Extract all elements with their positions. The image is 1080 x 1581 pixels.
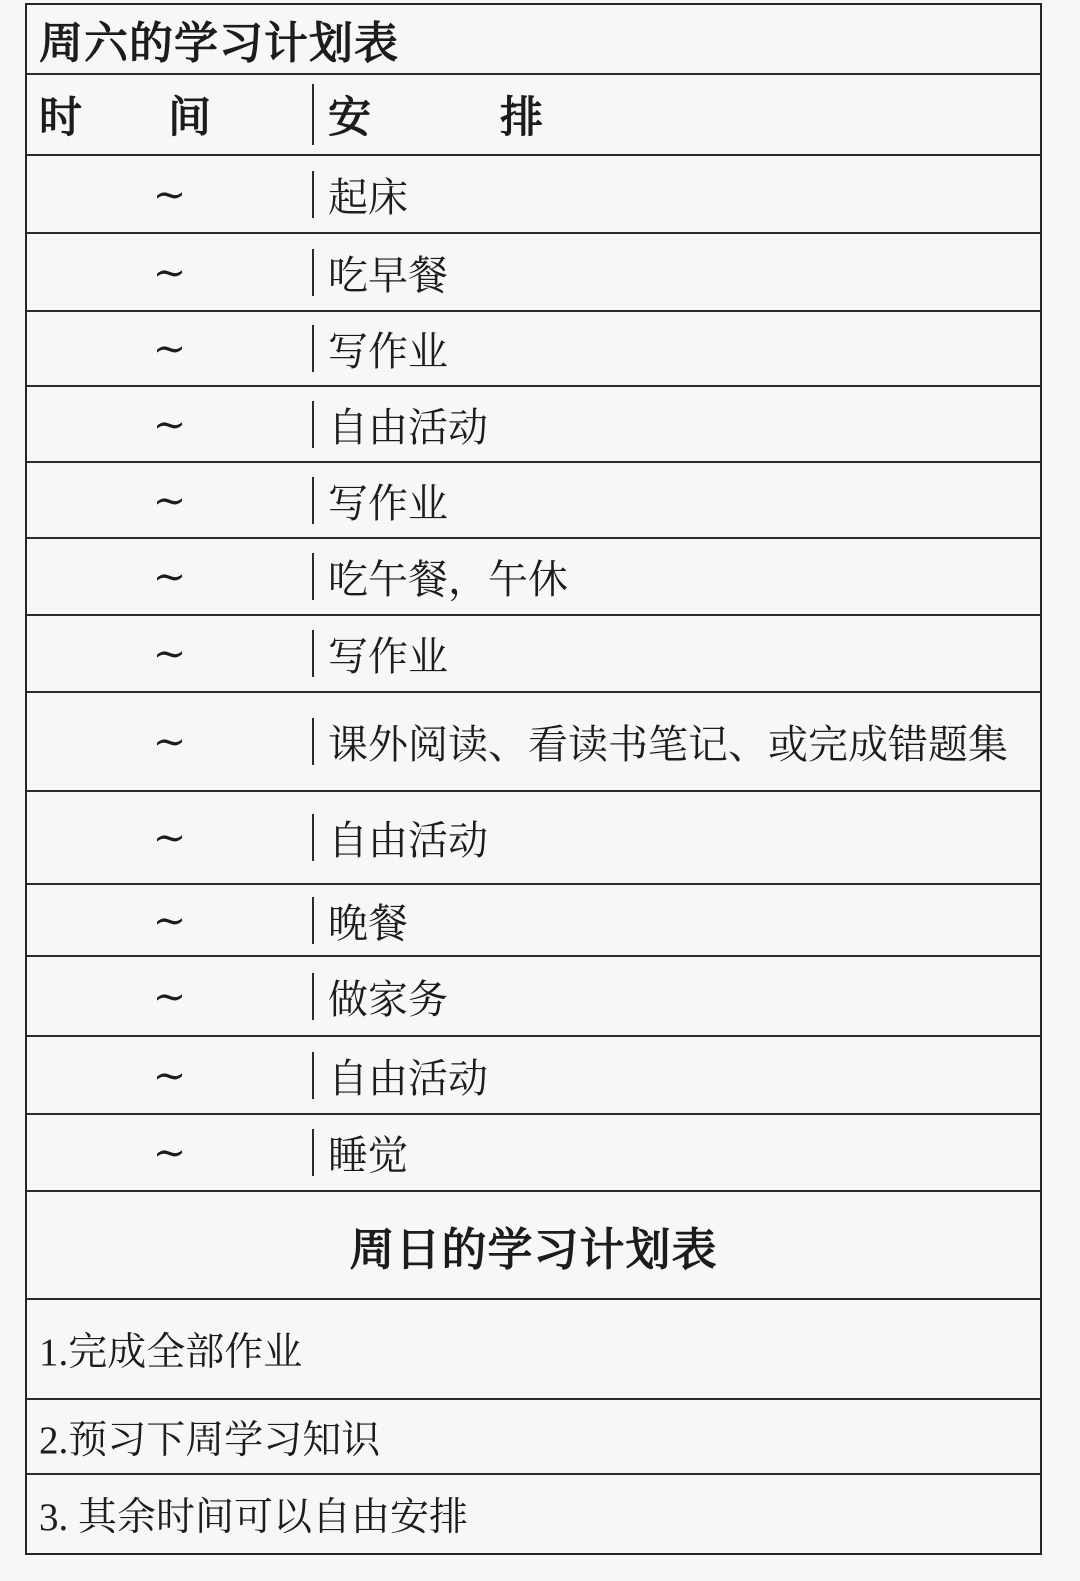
activity-cell: 睡觉 — [314, 1124, 1040, 1181]
activity-cell: 写作业 — [314, 320, 1040, 377]
table-row: ∼ 自由活动 — [27, 385, 1040, 461]
time-cell: ∼ — [27, 553, 314, 600]
time-cell: ∼ — [27, 718, 314, 765]
activity-cell: 做家务 — [314, 968, 1040, 1025]
activity-cell: 课外阅读、看读书笔记、或完成错题集 — [314, 713, 1040, 770]
table-row: ∼ 做家务 — [27, 955, 1040, 1035]
note-item: 3. 其余时间可以自由安排 — [27, 1473, 1040, 1553]
column-header-arrangement: 安 排 — [314, 84, 1040, 145]
time-cell: ∼ — [27, 1052, 314, 1099]
time-cell: ∼ — [27, 477, 314, 524]
time-cell: ∼ — [27, 325, 314, 372]
column-header-time: 时 间 — [27, 84, 314, 145]
time-cell: ∼ — [27, 171, 314, 218]
note-item: 2.预习下周学习知识 — [27, 1398, 1040, 1473]
schedule-table: 周六的学习计划表 时 间 安 排 ∼ 起床 ∼ 吃早餐 ∼ 写作业 ∼ 自由活动… — [25, 3, 1042, 1555]
note-item: 1.完成全部作业 — [27, 1298, 1040, 1398]
table-row: ∼ 吃午餐，午休 — [27, 537, 1040, 614]
table-row: ∼ 吃早餐 — [27, 232, 1040, 310]
time-cell: ∼ — [27, 897, 314, 944]
activity-cell: 吃午餐，午休 — [314, 548, 1040, 605]
time-cell: ∼ — [27, 249, 314, 296]
activity-cell: 写作业 — [314, 625, 1040, 682]
activity-cell: 自由活动 — [314, 1047, 1040, 1104]
table-row: ∼ 睡觉 — [27, 1113, 1040, 1190]
time-cell: ∼ — [27, 814, 314, 861]
table-row: ∼ 自由活动 — [27, 790, 1040, 883]
activity-cell: 吃早餐 — [314, 244, 1040, 301]
time-cell: ∼ — [27, 401, 314, 448]
table-row: ∼ 写作业 — [27, 461, 1040, 537]
activity-cell: 自由活动 — [314, 809, 1040, 866]
saturday-title: 周六的学习计划表 — [27, 5, 1040, 73]
table-row: ∼ 晚餐 — [27, 883, 1040, 955]
time-cell: ∼ — [27, 1129, 314, 1176]
document-page: 周六的学习计划表 时 间 安 排 ∼ 起床 ∼ 吃早餐 ∼ 写作业 ∼ 自由活动… — [0, 0, 1080, 1581]
table-row: ∼ 写作业 — [27, 614, 1040, 691]
activity-cell: 写作业 — [314, 472, 1040, 529]
activity-cell: 自由活动 — [314, 396, 1040, 453]
sunday-title: 周日的学习计划表 — [27, 1190, 1040, 1298]
time-cell: ∼ — [27, 630, 314, 677]
table-row: ∼ 写作业 — [27, 310, 1040, 385]
activity-cell: 起床 — [314, 166, 1040, 223]
activity-cell: 晚餐 — [314, 892, 1040, 949]
table-row: ∼ 课外阅读、看读书笔记、或完成错题集 — [27, 691, 1040, 790]
time-cell: ∼ — [27, 973, 314, 1020]
table-row: ∼ 自由活动 — [27, 1035, 1040, 1113]
table-header-row: 时 间 安 排 — [27, 73, 1040, 154]
table-row: ∼ 起床 — [27, 154, 1040, 232]
